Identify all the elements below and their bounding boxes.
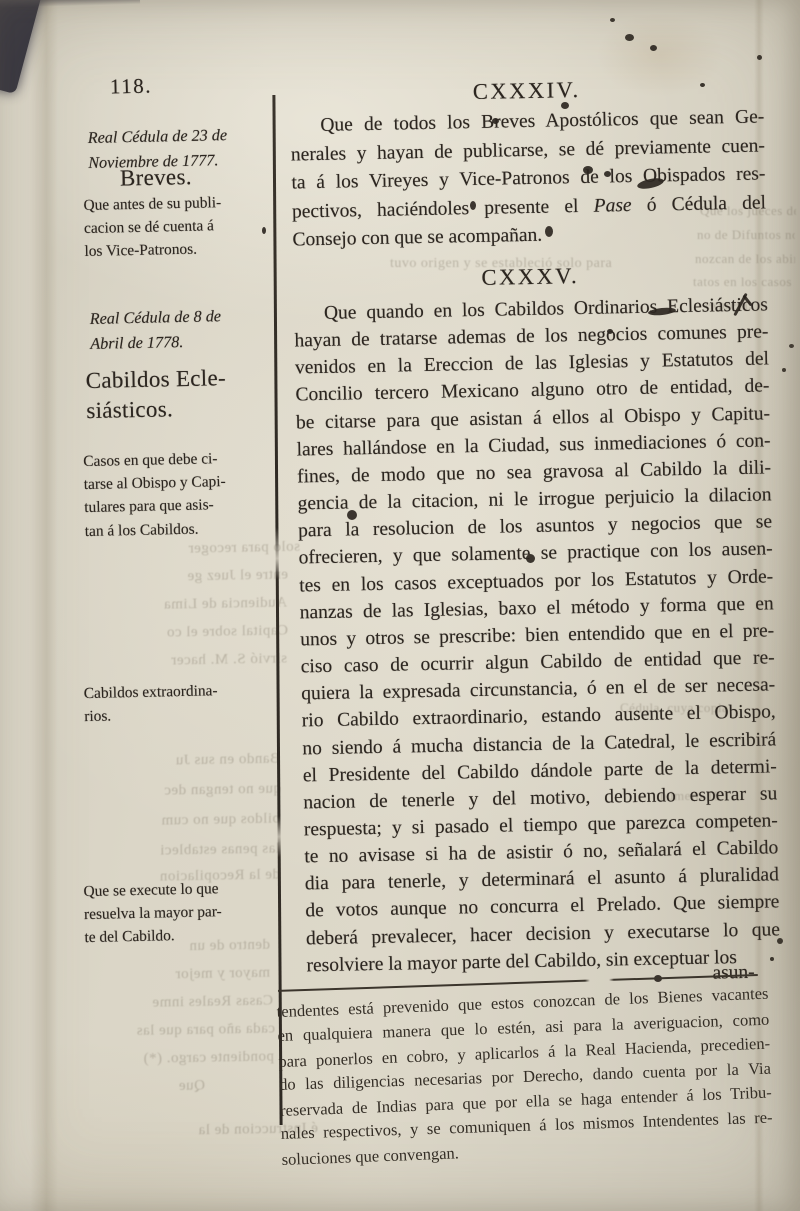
body-paragraph-cxxxv: Que quando en los Cabildos Ordinarios Ec… xyxy=(294,291,781,979)
bleedthrough-text: sirvió S. M. hacer xyxy=(112,650,287,670)
margin-note-real-cedula-1778: Real Cédula de 8 de Abril de 1778. xyxy=(90,303,276,356)
margin-note-cabildos-extraordinarios: Cabildos extraordina- rios. xyxy=(84,678,283,729)
ink-speck xyxy=(789,344,794,348)
scanned-book-page: solo para recogerentre el Juez geAudienc… xyxy=(0,0,800,1211)
bleedthrough-text: bildos que no cum xyxy=(110,811,280,831)
bleedthrough-text: Capital sobre el co xyxy=(108,622,288,642)
bleedthrough-text: pondiente cargo. (*) xyxy=(98,1048,274,1068)
page-left-edge xyxy=(0,0,58,1211)
binding-top-edge xyxy=(0,0,140,8)
main-text-column: CXXXIV. Que de todos los Breves Apostóli… xyxy=(288,0,762,5)
ink-speck xyxy=(782,368,786,372)
ink-speck xyxy=(610,18,615,22)
bleedthrough-text: entre el Juez ge xyxy=(118,567,288,587)
bleedthrough-text: Casas Reales inme xyxy=(105,993,273,1013)
bleedthrough-text: Audiencia de Lima xyxy=(112,594,287,614)
ink-speck xyxy=(757,55,762,60)
section-heading-cxxxiv: CXXXIV. xyxy=(290,73,764,108)
bleedthrough-text: cada año para que las xyxy=(100,1020,275,1040)
footnote-block: tendentes está prevenido que estos conoz… xyxy=(276,974,774,1172)
bleedthrough-text: mayor y mejor xyxy=(112,965,270,985)
bleedthrough-text: que no tengan dec xyxy=(116,781,281,801)
ink-speck xyxy=(625,34,634,41)
footnote-text: tendentes está prevenido que estos conoz… xyxy=(276,983,773,1171)
margin-note-vice-patronos: Que antes de su publi- cacion se dé cuen… xyxy=(83,190,276,264)
page-number: 118. xyxy=(110,73,153,99)
body-paragraph-cxxxiv: Que de todos los Breves Apostólicos que … xyxy=(290,103,767,255)
margin-note-breves: Breves. xyxy=(120,160,271,193)
bleedthrough-text: Bando en sus Ju xyxy=(120,751,280,771)
ink-speck xyxy=(650,45,657,51)
margin-note-casos-citarse: Casos en que debe ci- tarse al Obispo y … xyxy=(83,446,280,543)
bleedthrough-text: las penas estableci xyxy=(108,841,280,861)
margin-note-execute-mayor-parte: Que se execute lo que resuelva la mayor … xyxy=(83,876,282,950)
bleedthrough-text: Que xyxy=(145,1077,205,1095)
margin-note-cabildos-eclesiasticos: Cabildos Ecle- siásticos. xyxy=(85,362,286,426)
